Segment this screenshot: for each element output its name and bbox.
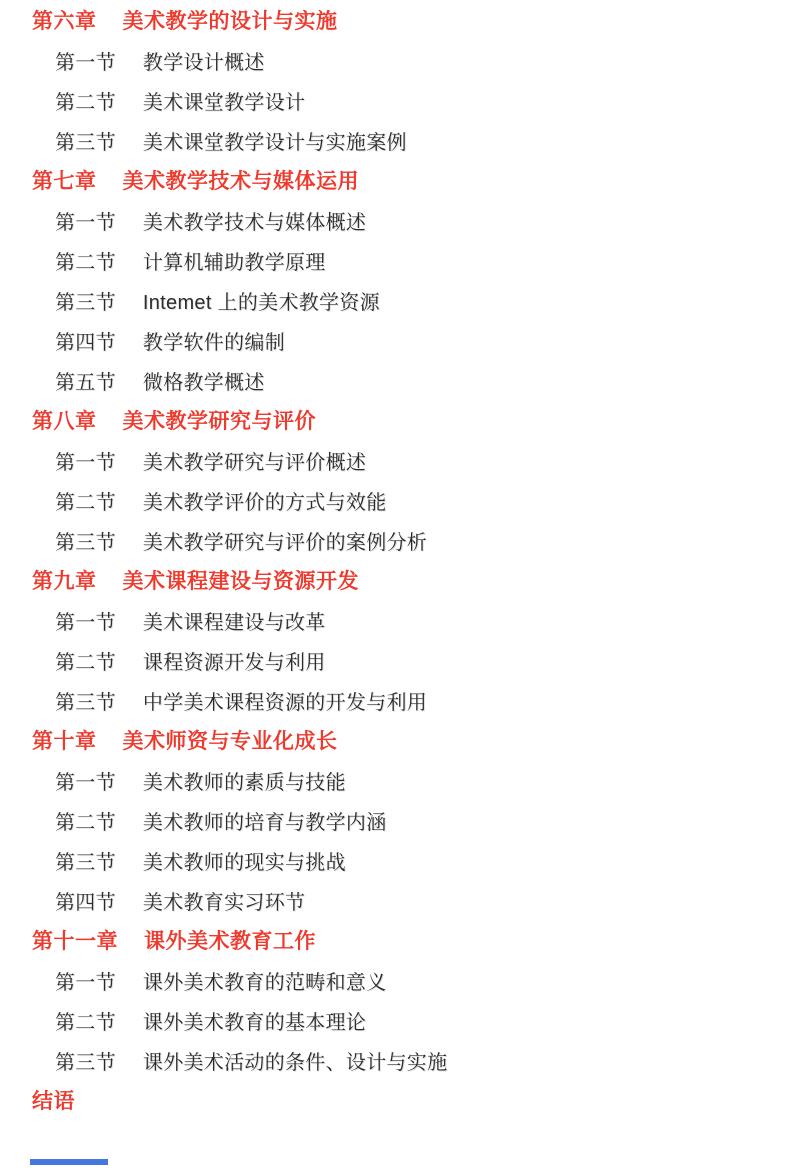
entry-number-label: 第二节 <box>55 246 116 275</box>
toc-section-row[interactable]: 第三节美术教师的现实与挑战 <box>0 840 790 880</box>
entry-title: 教学设计概述 <box>143 46 265 75</box>
entry-title: 教学软件的编制 <box>143 326 285 355</box>
entry-number-label: 第六章 <box>32 5 97 35</box>
entry-number-label: 第一节 <box>55 206 116 235</box>
entry-number-label: 第一节 <box>55 766 116 795</box>
entry-title: 课外美术活动的条件、设计与实施 <box>143 1046 448 1075</box>
entry-title: 美术课堂教学设计 <box>143 86 305 115</box>
toc-section-row[interactable]: 第二节课外美术教育的基本理论 <box>0 1000 790 1040</box>
entry-title: 美术教学研究与评价 <box>123 405 317 435</box>
toc-section-row[interactable]: 第三节美术课堂教学设计与实施案例 <box>0 120 790 160</box>
entry-title: 美术教育实习环节 <box>143 886 305 915</box>
entry-title: 美术教师的素质与技能 <box>143 766 346 795</box>
entry-title: Intemet 上的美术教学资源 <box>143 286 380 315</box>
entry-number-label: 第一节 <box>55 46 116 75</box>
entry-title: 美术教学技术与媒体概述 <box>143 206 366 235</box>
entry-number-label: 第八章 <box>32 405 97 435</box>
toc-chapter-row[interactable]: 第九章美术课程建设与资源开发 <box>0 560 790 600</box>
entry-title: 美术教学评价的方式与效能 <box>143 486 387 515</box>
toc-chapter-row[interactable]: 第十章美术师资与专业化成长 <box>0 720 790 760</box>
entry-number-label: 第二节 <box>55 486 116 515</box>
entry-number-label: 第二节 <box>55 86 116 115</box>
toc-section-row[interactable]: 第一节课外美术教育的范畴和意义 <box>0 960 790 1000</box>
entry-title: 美术课程建设与改革 <box>143 606 326 635</box>
entry-number-label: 第七章 <box>32 165 97 195</box>
toc-section-row[interactable]: 第一节美术教师的素质与技能 <box>0 760 790 800</box>
toc-section-row[interactable]: 第一节美术教学研究与评价概述 <box>0 440 790 480</box>
toc-chapter-row[interactable]: 第六章美术教学的设计与实施 <box>0 0 790 40</box>
toc-section-row[interactable]: 第三节Intemet 上的美术教学资源 <box>0 280 790 320</box>
entry-title: 美术教师的现实与挑战 <box>143 846 346 875</box>
entry-title: 美术教学研究与评价概述 <box>143 446 366 475</box>
entry-title: 美术教师的培育与教学内涵 <box>143 806 387 835</box>
toc-section-row[interactable]: 第一节美术教学技术与媒体概述 <box>0 200 790 240</box>
bottom-partial-blue-bar <box>30 1159 108 1165</box>
entry-title: 美术教学的设计与实施 <box>123 5 338 35</box>
entry-title: 中学美术课程资源的开发与利用 <box>143 686 427 715</box>
toc-section-row[interactable]: 第三节课外美术活动的条件、设计与实施 <box>0 1040 790 1080</box>
entry-number-label: 第四节 <box>55 326 116 355</box>
toc-list: 第六章美术教学的设计与实施第一节教学设计概述第二节美术课堂教学设计第三节美术课堂… <box>0 0 790 1120</box>
entry-number-label: 第三节 <box>55 1046 116 1075</box>
entry-number-label: 结语 <box>32 1085 75 1115</box>
entry-number-label: 第一节 <box>55 966 116 995</box>
entry-number-label: 第二节 <box>55 806 116 835</box>
entry-title: 美术课程建设与资源开发 <box>123 565 360 595</box>
toc-section-row[interactable]: 第二节计算机辅助教学原理 <box>0 240 790 280</box>
entry-number-label: 第四节 <box>55 886 116 915</box>
entry-number-label: 第一节 <box>55 446 116 475</box>
entry-number-label: 第三节 <box>55 526 116 555</box>
entry-number-label: 第二节 <box>55 646 116 675</box>
entry-number-label: 第一节 <box>55 606 116 635</box>
toc-section-row[interactable]: 第五节微格教学概述 <box>0 360 790 400</box>
toc-section-row[interactable]: 第二节美术课堂教学设计 <box>0 80 790 120</box>
toc-section-row[interactable]: 第二节美术教师的培育与教学内涵 <box>0 800 790 840</box>
toc-chapter-row[interactable]: 第十一章课外美术教育工作 <box>0 920 790 960</box>
entry-number-label: 第二节 <box>55 1006 116 1035</box>
entry-number-label: 第九章 <box>32 565 97 595</box>
entry-title: 课外美术教育的基本理论 <box>143 1006 366 1035</box>
entry-title: 美术课堂教学设计与实施案例 <box>143 126 407 155</box>
toc-section-row[interactable]: 第三节中学美术课程资源的开发与利用 <box>0 680 790 720</box>
entry-title: 美术师资与专业化成长 <box>123 725 338 755</box>
toc-section-row[interactable]: 第四节教学软件的编制 <box>0 320 790 360</box>
entry-title: 微格教学概述 <box>143 366 265 395</box>
toc-section-row[interactable]: 第一节美术课程建设与改革 <box>0 600 790 640</box>
entry-number-label: 第五节 <box>55 366 116 395</box>
entry-number-label: 第三节 <box>55 846 116 875</box>
toc-chapter-row[interactable]: 第七章美术教学技术与媒体运用 <box>0 160 790 200</box>
entry-number-label: 第三节 <box>55 686 116 715</box>
entry-title: 美术教学技术与媒体运用 <box>123 165 360 195</box>
toc-closing-row[interactable]: 结语 <box>0 1080 790 1120</box>
toc-section-row[interactable]: 第一节教学设计概述 <box>0 40 790 80</box>
toc-section-row[interactable]: 第二节课程资源开发与利用 <box>0 640 790 680</box>
entry-number-label: 第三节 <box>55 126 116 155</box>
entry-title: 计算机辅助教学原理 <box>143 246 326 275</box>
toc-chapter-row[interactable]: 第八章美术教学研究与评价 <box>0 400 790 440</box>
entry-title: 课外美术教育工作 <box>144 925 316 955</box>
entry-number-label: 第三节 <box>55 286 116 315</box>
toc-section-row[interactable]: 第三节美术教学研究与评价的案例分析 <box>0 520 790 560</box>
entry-title: 美术教学研究与评价的案例分析 <box>143 526 427 555</box>
entry-number-label: 第十章 <box>32 725 97 755</box>
toc-section-row[interactable]: 第四节美术教育实习环节 <box>0 880 790 920</box>
toc-section-row[interactable]: 第二节美术教学评价的方式与效能 <box>0 480 790 520</box>
entry-number-label: 第十一章 <box>32 925 118 955</box>
entry-title: 课外美术教育的范畴和意义 <box>143 966 387 995</box>
entry-title: 课程资源开发与利用 <box>143 646 326 675</box>
